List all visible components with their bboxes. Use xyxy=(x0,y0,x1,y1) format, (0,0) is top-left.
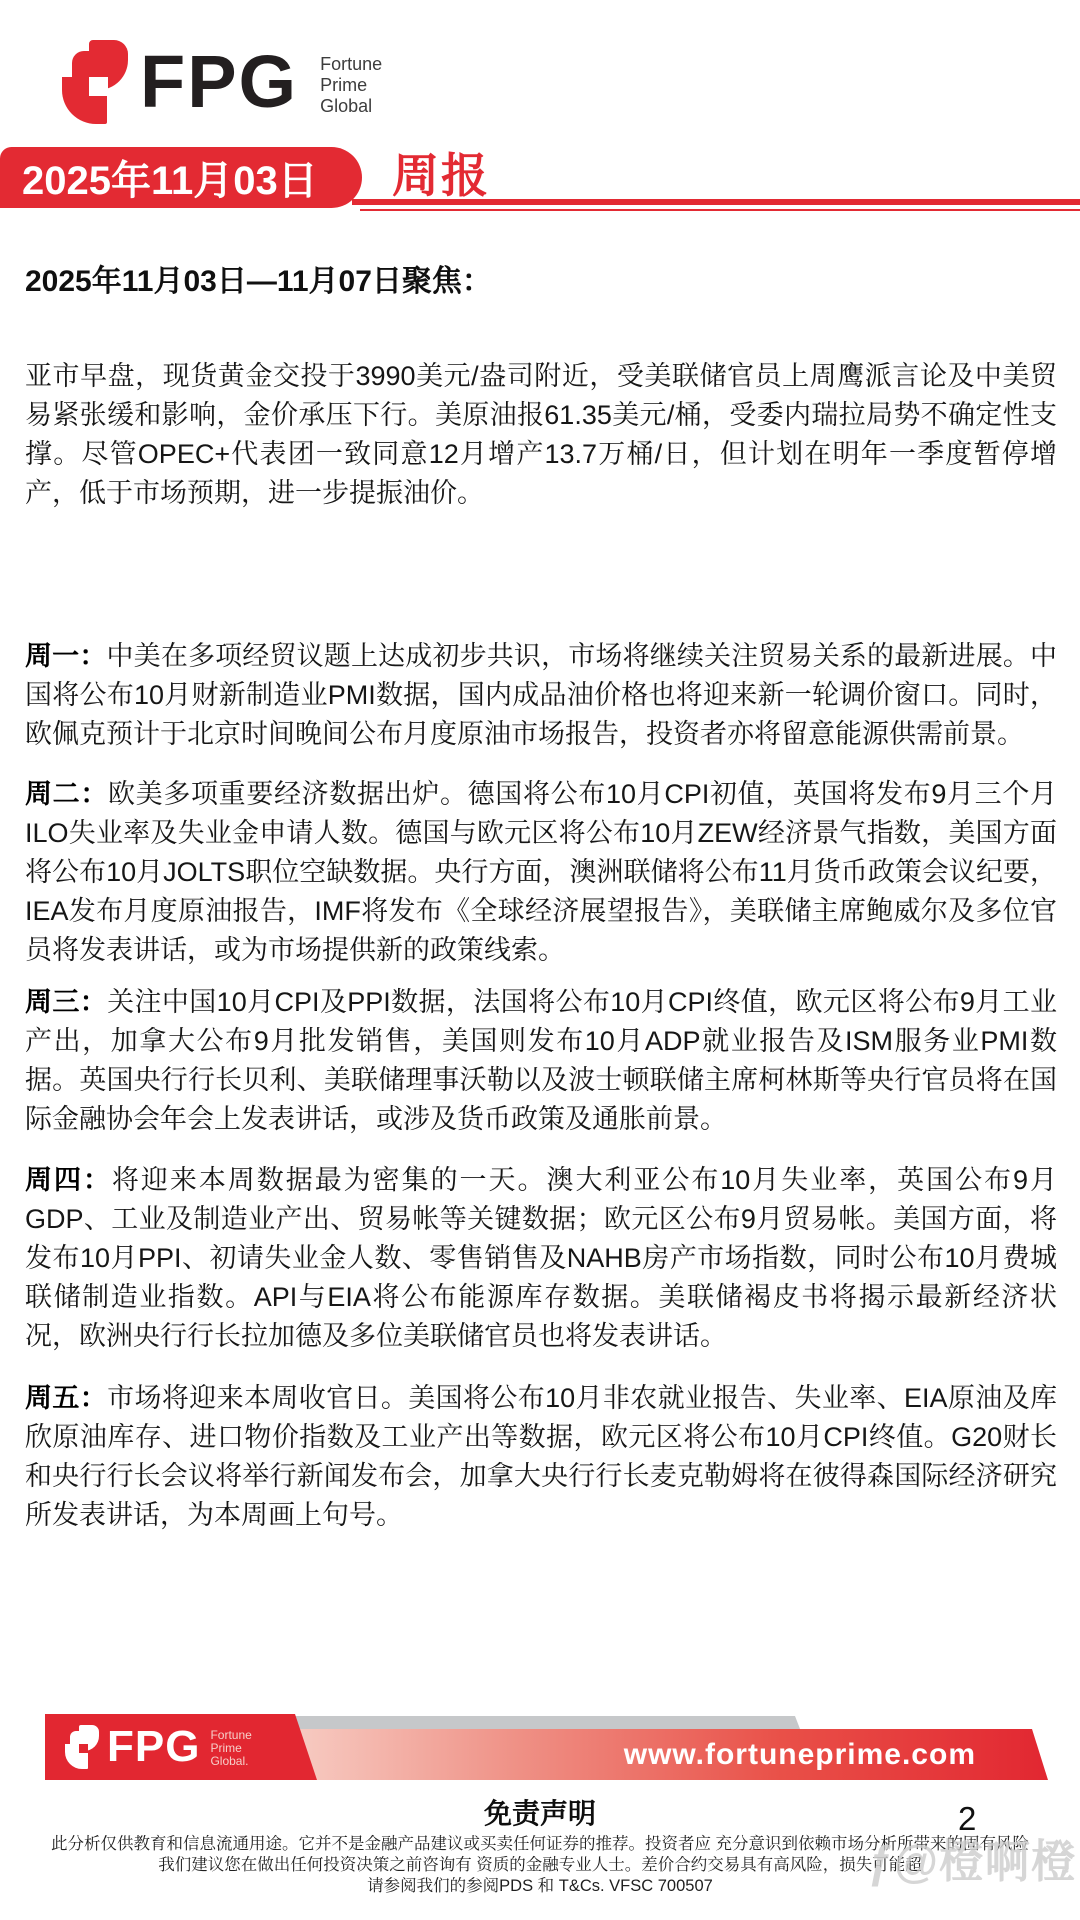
monday-text: 中美在多项经贸议题上达成初步共识，市场将继续关注贸易关系的最新进展。中国将公布1… xyxy=(25,641,1057,749)
tuesday-paragraph: 周二：欧美多项重要经济数据出炉。德国将公布10月CPI初值，英国将发布9月三个月… xyxy=(25,775,1057,970)
footer-banner: www.fortuneprime.com FPG Fortune Prime G… xyxy=(0,1714,1080,1780)
tagline-line: Fortune xyxy=(210,1729,251,1742)
thursday-paragraph: 周四：将迎来本周数据最为密集的一天。澳大利亚公布10月失业率，英国公布9月GDP… xyxy=(25,1161,1057,1356)
tagline-line: Prime xyxy=(320,75,382,96)
header-rule-thick xyxy=(352,199,1080,205)
thursday-label: 周四： xyxy=(25,1165,112,1195)
wednesday-text: 关注中国10月CPI及PPI数据，法国将公布10月CPI终值，欧元区将公布9月工… xyxy=(25,987,1057,1134)
intro-paragraph: 亚市早盘，现货黄金交投于3990美元/盎司附近，受美联储官员上周鹰派言论及中美贸… xyxy=(25,357,1057,513)
fpg-logo: FPG Fortune Prime Global xyxy=(62,40,382,124)
friday-text: 市场将迎来本周收官日。美国将公布10月非农就业报告、失业率、EIA原油及库欣原油… xyxy=(25,1383,1057,1530)
fpg-brand-icon xyxy=(62,40,128,124)
wednesday-label: 周三： xyxy=(25,987,107,1017)
weekly-report-page: FPG Fortune Prime Global 2025年11月03日 周报 … xyxy=(0,0,1080,1920)
footer-fpg-logotype: FPG xyxy=(107,1725,200,1769)
fpg-tagline: Fortune Prime Global xyxy=(320,54,382,117)
report-date-banner: 2025年11月03日 xyxy=(0,147,362,208)
wednesday-paragraph: 周三：关注中国10月CPI及PPI数据，法国将公布10月CPI终值，欧元区将公布… xyxy=(25,983,1057,1139)
focus-heading: 2025年11月03日—11月07日聚焦： xyxy=(25,256,1055,300)
friday-label: 周五： xyxy=(25,1383,107,1413)
fpg-logotype: FPG xyxy=(140,40,298,124)
fpg-brand-icon-white xyxy=(65,1725,99,1769)
watermark: ƒ@橙啊橙 xyxy=(868,1836,1080,1888)
tagline-line: Prime xyxy=(210,1742,251,1755)
disclaimer-title: 免责声明 xyxy=(0,1792,1080,1832)
footer-logo-block: FPG Fortune Prime Global. xyxy=(45,1714,317,1780)
page-number: 2 xyxy=(958,1800,976,1838)
footer-fpg-tagline: Fortune Prime Global. xyxy=(210,1729,251,1768)
tuesday-text: 欧美多项重要经济数据出炉。德国将公布10月CPI初值，英国将发布9月三个月ILO… xyxy=(25,779,1057,965)
tagline-line: Global. xyxy=(210,1755,251,1768)
tagline-line: Fortune xyxy=(320,54,382,75)
tagline-line: Global xyxy=(320,96,382,117)
monday-paragraph: 周一：中美在多项经贸议题上达成初步共识，市场将继续关注贸易关系的最新进展。中国将… xyxy=(25,637,1057,754)
tuesday-label: 周二： xyxy=(25,779,108,809)
footer-website-stripe: www.fortuneprime.com xyxy=(288,1729,1048,1780)
report-date: 2025年11月03日 xyxy=(22,149,318,206)
header-rule-thin xyxy=(360,209,1080,211)
friday-paragraph: 周五：市场将迎来本周收官日。美国将公布10月非农就业报告、失业率、EIA原油及库… xyxy=(25,1379,1057,1535)
thursday-text: 将迎来本周数据最为密集的一天。澳大利亚公布10月失业率，英国公布9月GDP、工业… xyxy=(25,1165,1057,1351)
footer-website: www.fortuneprime.com xyxy=(624,1738,976,1771)
monday-label: 周一： xyxy=(25,641,107,671)
